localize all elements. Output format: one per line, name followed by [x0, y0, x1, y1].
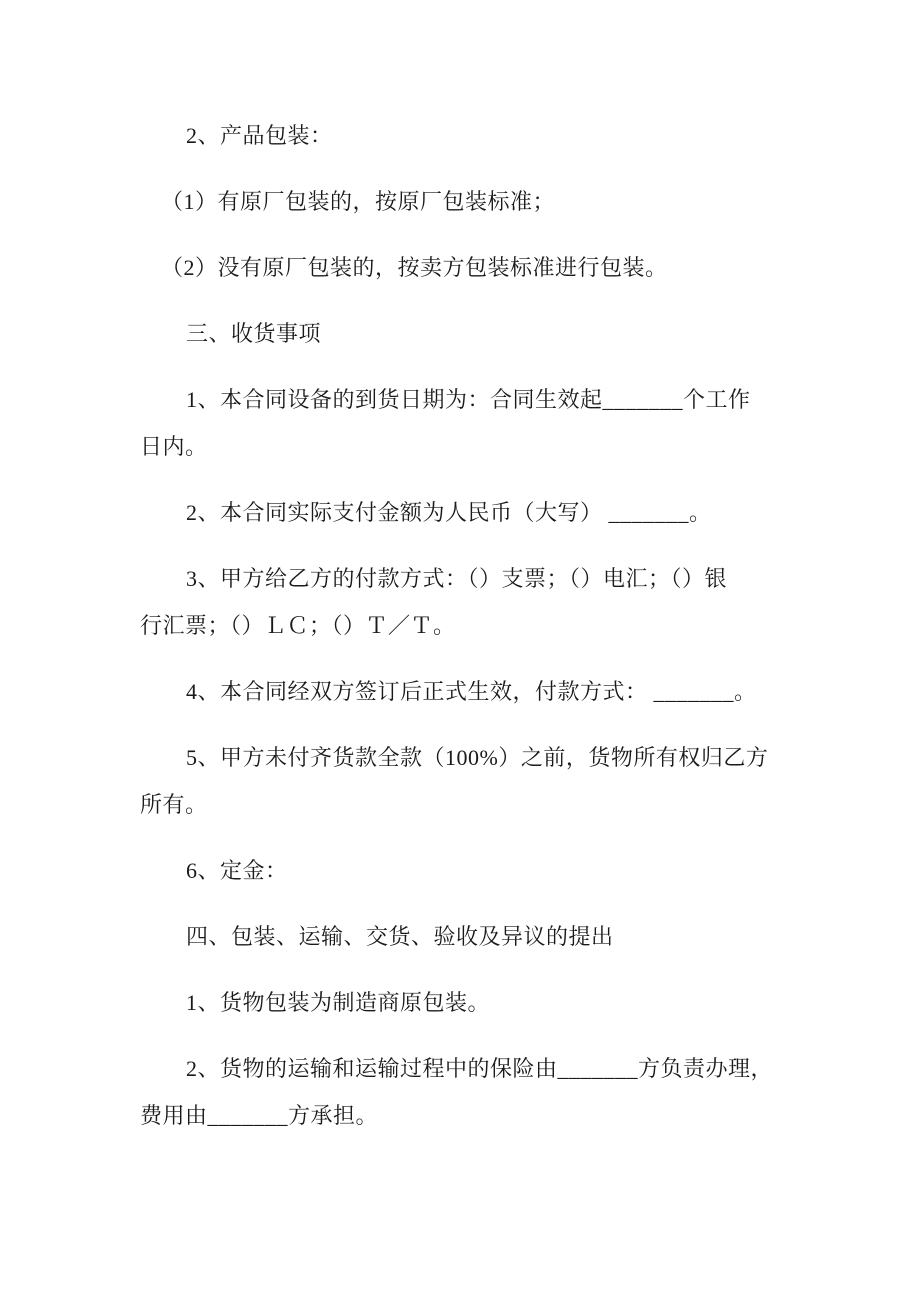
text-line: （1）有原厂包装的，按原厂包装标准； [140, 178, 788, 225]
text-line: 行汇票；（）ＬＣ；（）Ｔ／Ｔ。 [140, 602, 788, 649]
text-line: 2、产品包装： [140, 112, 788, 159]
paragraph: 5、甲方未付齐货款全款（100%）之前，货物所有权归乙方所有。 [140, 734, 788, 828]
text-line: 四、包装、运输、交货、验收及异议的提出 [140, 913, 788, 960]
text-line: 费用由_______方承担。 [140, 1092, 788, 1139]
text-line: 3、甲方给乙方的付款方式：（）支票；（）电汇；（）银 [140, 555, 788, 602]
text-line: 1、货物包装为制造商原包装。 [140, 979, 788, 1026]
text-line: 1、本合同设备的到货日期为：合同生效起_______个工作 [140, 376, 788, 423]
text-line: （2）没有原厂包装的，按卖方包装标准进行包装。 [140, 244, 788, 291]
paragraph: 1、货物包装为制造商原包装。 [140, 979, 788, 1026]
paragraph: 2、产品包装： [140, 112, 788, 159]
text-line: 4、本合同经双方签订后正式生效，付款方式： _______。 [140, 668, 788, 715]
document-body: 2、产品包装：（1）有原厂包装的，按原厂包装标准；（2）没有原厂包装的，按卖方包… [140, 112, 788, 1158]
paragraph: 四、包装、运输、交货、验收及异议的提出 [140, 913, 788, 960]
text-line: 5、甲方未付齐货款全款（100%）之前，货物所有权归乙方 [140, 734, 788, 781]
text-line: 日内。 [140, 423, 788, 470]
text-line: 2、货物的运输和运输过程中的保险由_______方负责办理， [140, 1045, 788, 1092]
paragraph: 1、本合同设备的到货日期为：合同生效起_______个工作日内。 [140, 376, 788, 470]
text-line: 所有。 [140, 781, 788, 828]
paragraph: 三、收货事项 [140, 310, 788, 357]
paragraph: 6、定金： [140, 847, 788, 894]
paragraph: 3、甲方给乙方的付款方式：（）支票；（）电汇；（）银行汇票；（）ＬＣ；（）Ｔ／Ｔ… [140, 555, 788, 649]
text-line: 2、本合同实际支付金额为人民币（大写） _______。 [140, 489, 788, 536]
paragraph: 2、货物的运输和运输过程中的保险由_______方负责办理，费用由_______… [140, 1045, 788, 1139]
paragraph: 2、本合同实际支付金额为人民币（大写） _______。 [140, 489, 788, 536]
paragraph: 4、本合同经双方签订后正式生效，付款方式： _______。 [140, 668, 788, 715]
paragraph: （1）有原厂包装的，按原厂包装标准； [140, 178, 788, 225]
text-line: 6、定金： [140, 847, 788, 894]
text-line: 三、收货事项 [140, 310, 788, 357]
document-page: 2、产品包装：（1）有原厂包装的，按原厂包装标准；（2）没有原厂包装的，按卖方包… [0, 0, 920, 1302]
paragraph: （2）没有原厂包装的，按卖方包装标准进行包装。 [140, 244, 788, 291]
